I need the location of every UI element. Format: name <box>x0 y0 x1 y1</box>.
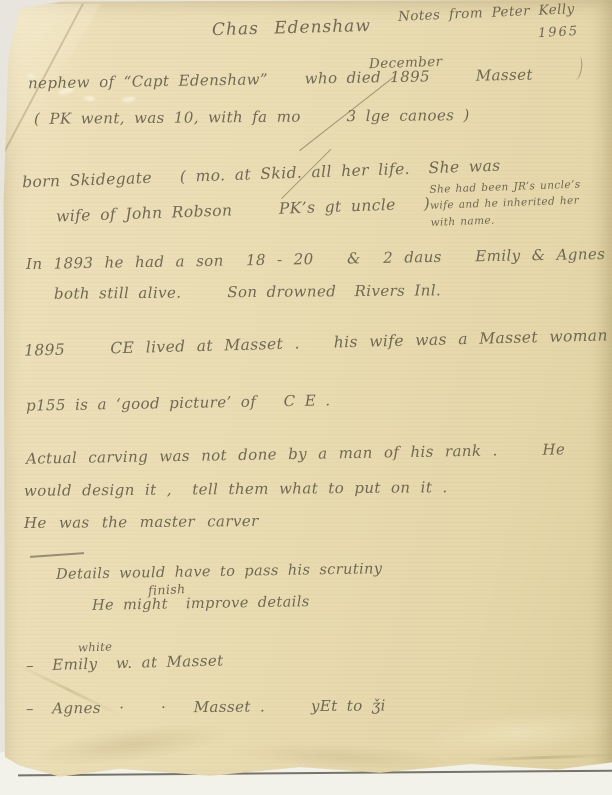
attribution-year: 1965 <box>538 24 580 41</box>
note-line-nephew: nephew of “Capt Edenshaw” who died 1895 … <box>28 66 533 93</box>
wrinkle-highlight <box>419 703 612 762</box>
staple-residue <box>122 96 136 103</box>
note-line-emily: – Emily w. at Masset <box>26 651 224 674</box>
stray-pen-mark <box>570 55 584 80</box>
attribution-note: Notes from Peter Kelly <box>398 1 575 25</box>
note-line-p155: p155 is a ‘good picture’ of C E . <box>26 391 331 414</box>
wrinkle-crease <box>470 753 612 761</box>
pencil-dash <box>30 552 84 557</box>
scanned-note-page: Chas Edenshaw Notes from Peter Kelly 196… <box>0 0 612 795</box>
note-line-carving-2: would design it , tell them what to put … <box>24 478 448 500</box>
insert-white: white <box>78 639 113 654</box>
note-line-carving-1: Actual carving was not done by a man of … <box>26 440 565 467</box>
note-sidenote-inherited: She had been JR’s uncle’s wife and he in… <box>429 176 593 230</box>
staple-residue <box>84 95 96 102</box>
note-line-details: Details would have to pass his scrutiny <box>56 561 383 583</box>
note-line-pk: ( PK went, was 10, with fa mo 3 lge cano… <box>34 106 470 128</box>
note-line-wife: wife of John Robson PK’s gt uncle ) <box>56 194 431 225</box>
note-line-agnes: – Agnes · · Masset . yEt to ǯi <box>26 696 386 717</box>
wrinkle-shadow <box>29 716 232 774</box>
note-line-might: He might improve details <box>92 594 310 614</box>
note-line-alive: both still alive. Son drowned Rivers Inl… <box>54 281 441 302</box>
note-line-1895: 1895 CE lived at Masset . his wife was a… <box>24 326 608 359</box>
note-line-son: In 1893 he had a son 18 - 20 & 2 daus Em… <box>26 245 606 273</box>
paper-sheet: Chas Edenshaw Notes from Peter Kelly 196… <box>0 0 612 795</box>
note-line-master-carver: He was the master carver <box>24 512 259 532</box>
note-title: Chas Edenshaw <box>212 16 371 40</box>
